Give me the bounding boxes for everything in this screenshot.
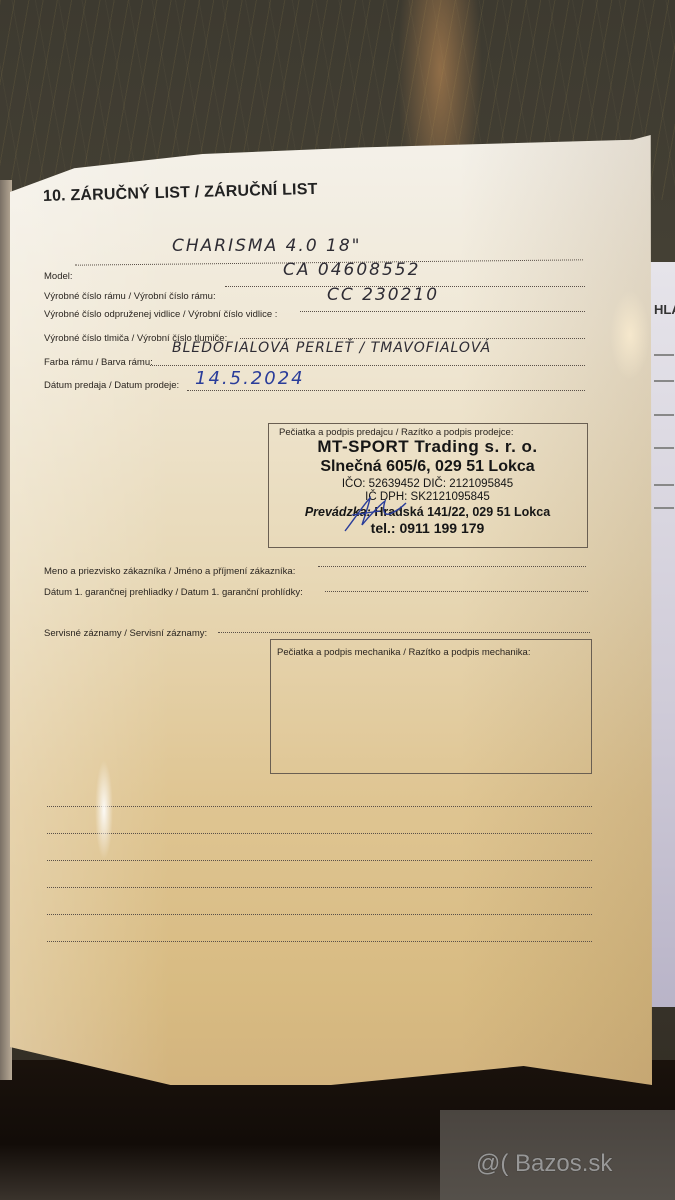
back-page-sheet: HLÁ: [648, 262, 675, 1007]
mechanic-stamp-label: Pečiatka a podpis mechanika / Razítko a …: [277, 647, 530, 658]
stamp-branch: Prevádzka: Hradská 141/22, 029 51 Lokca: [270, 505, 585, 519]
field-model-label: Model:: [44, 271, 73, 282]
field-frame-color-line: [150, 365, 585, 366]
field-shock-number-line: [240, 338, 585, 339]
signature-icon: [340, 493, 410, 533]
mechanic-stamp-box: [270, 639, 592, 774]
stamp-phone: tel.: 0911 199 179: [270, 520, 585, 536]
back-page-title: HLÁ: [654, 302, 675, 317]
stamp-company: MT-SPORT Trading s. r. o.: [270, 437, 585, 457]
note-line: [47, 941, 592, 942]
field-sale-date-value: 14.5.2024: [195, 368, 305, 389]
light-glare: [610, 290, 650, 380]
note-line: [47, 833, 592, 834]
note-line: [47, 914, 592, 915]
field-frame-color-value: BLEDOFIALOVÁ PERLEŤ / TMAVOFIALOVÁ: [172, 340, 491, 356]
field-model-value: CHARISMA 4.0 18": [172, 236, 362, 256]
bazos-watermark: @( Bazos.sk: [476, 1150, 612, 1178]
field-sale-date-label: Dátum predaja / Datum prodeje:: [44, 380, 179, 391]
seller-stamp: MT-SPORT Trading s. r. o. Slnečná 605/6,…: [270, 437, 585, 536]
service-records-label: Servisné záznamy / Servisní záznamy:: [44, 628, 207, 639]
first-inspection-line: [325, 591, 588, 592]
field-fork-number-value: CC 230210: [327, 285, 439, 305]
field-frame-number-label: Výrobné číslo rámu / Výrobní číslo rámu:: [44, 291, 216, 302]
service-records-line: [218, 632, 590, 633]
field-fork-number-line: [300, 311, 585, 312]
stamp-vat: IČ DPH: SK2121095845: [270, 491, 585, 503]
stamp-ids: IČO: 52639452 DIČ: 2121095845: [270, 478, 585, 490]
field-fork-number-label: Výrobné číslo odpruženej vidlice / Výrob…: [44, 309, 277, 320]
note-line: [47, 806, 592, 807]
stamp-address: Slnečná 605/6, 029 51 Lokca: [270, 458, 585, 476]
first-inspection-label: Dátum 1. garančnej prehliadky / Datum 1.…: [44, 587, 303, 598]
note-line: [47, 887, 592, 888]
field-sale-date-line: [187, 390, 585, 391]
note-line: [47, 860, 592, 861]
field-frame-number-value: CA 04608552: [283, 260, 420, 280]
customer-name-label: Meno a priezvisko zákazníka / Jméno a př…: [44, 566, 295, 577]
field-frame-color-label: Farba rámu / Barva rámu:: [44, 357, 153, 368]
light-glare: [95, 760, 113, 860]
customer-name-line: [318, 566, 586, 567]
